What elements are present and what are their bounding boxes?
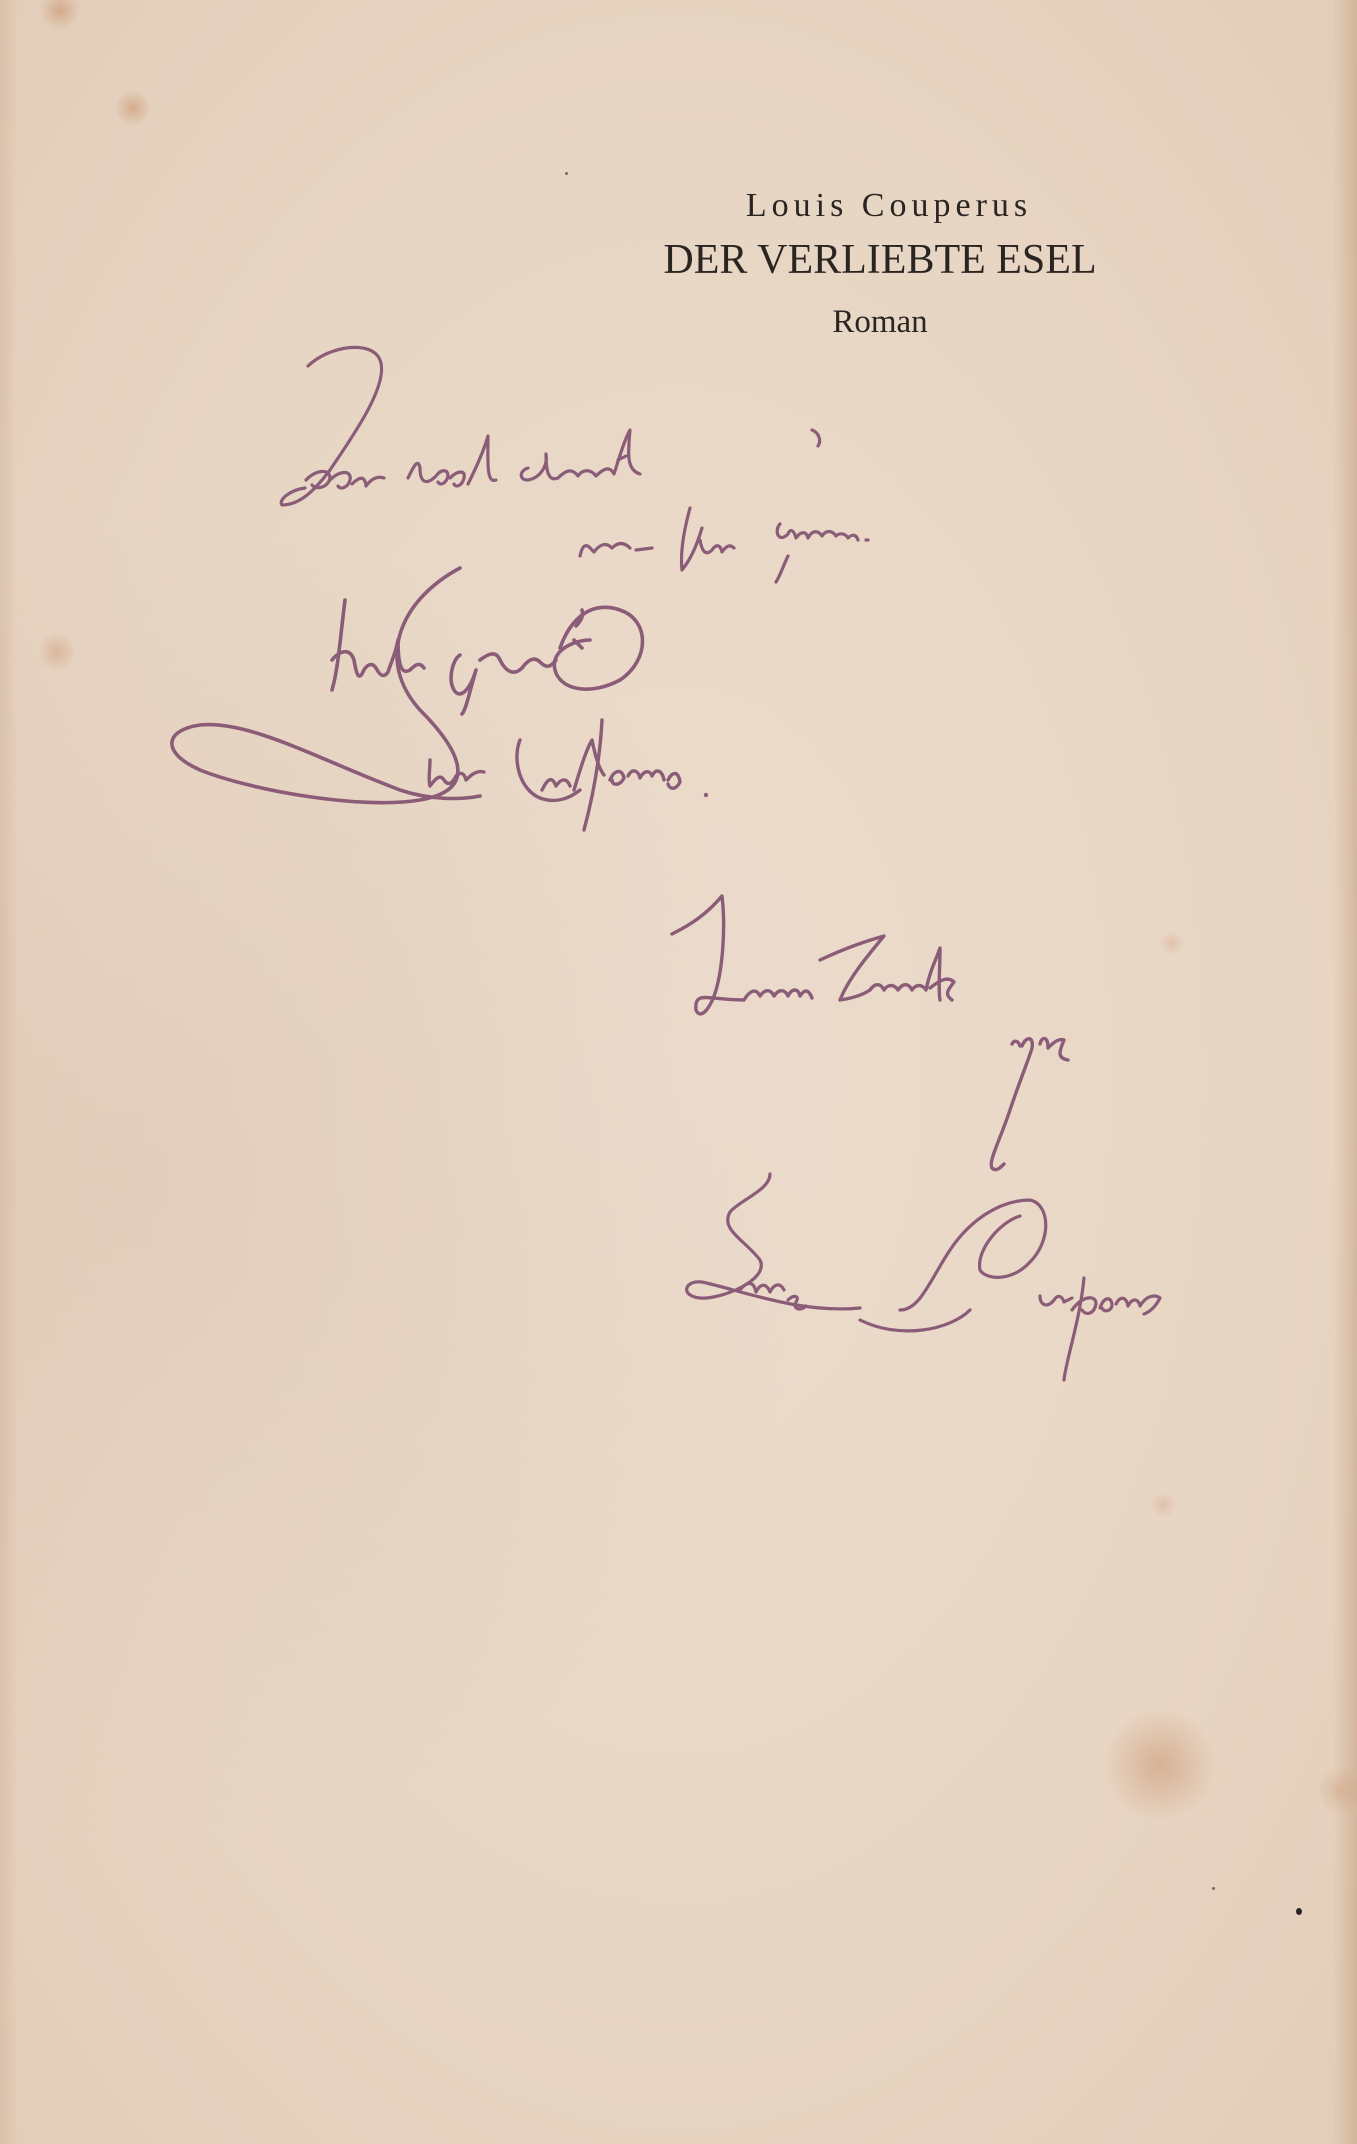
inscription-place-date	[672, 896, 1068, 1170]
inscription-greeting	[172, 568, 643, 803]
inscription-line-2	[580, 430, 868, 582]
book-page: Louis Couperus DER VERLIEBTE ESEL Roman	[0, 0, 1357, 2144]
inscription-signature-1	[429, 720, 708, 830]
inscription-line-1	[281, 347, 640, 505]
inscription-signature-2	[687, 1174, 1160, 1380]
handwritten-inscription	[0, 0, 1357, 2144]
